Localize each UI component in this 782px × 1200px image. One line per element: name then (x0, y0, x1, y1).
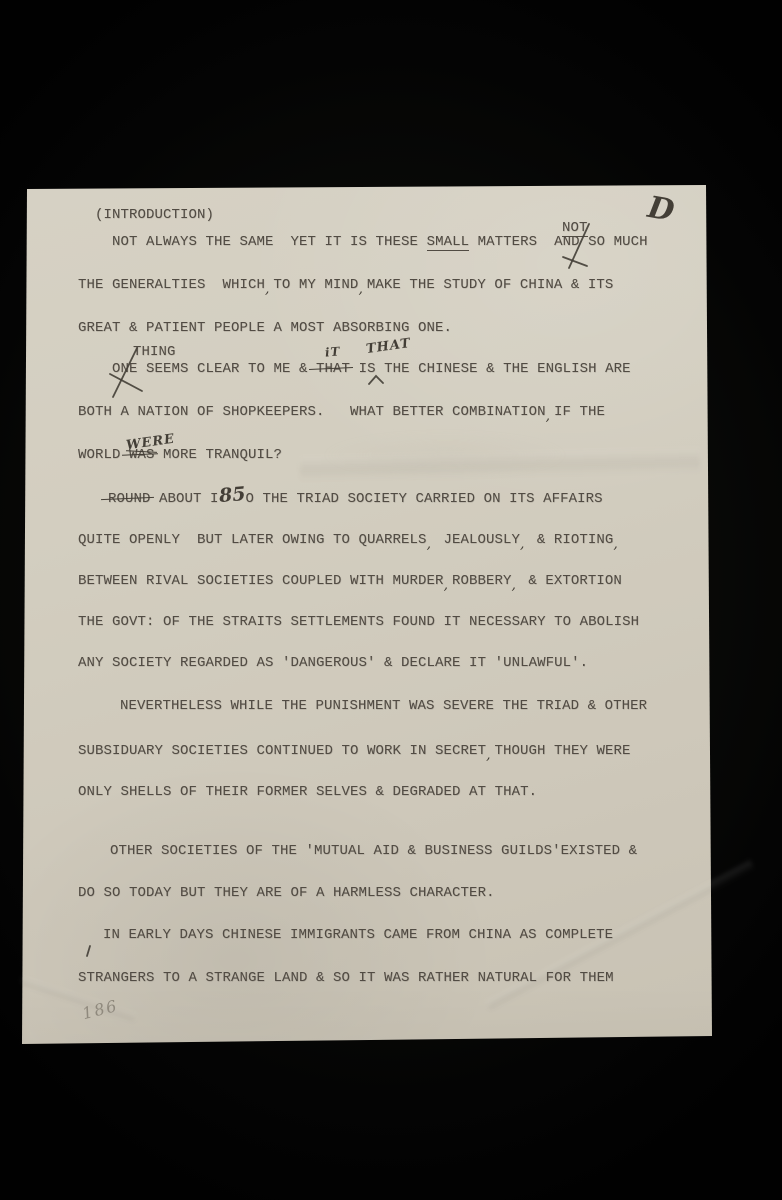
typed-text: QUITE OPENLY BUT LATER OWING TO QUARRELS (78, 532, 427, 548)
handwritten-comma: , (427, 536, 435, 552)
typed-line: NOT ALWAYS THE SAME YET IT IS THESE SMAL… (112, 234, 648, 250)
typed-text: IN EARLY DAYS CHINESE IMMIGRANTS CAME FR… (103, 927, 613, 943)
handwritten-comma: , (265, 281, 273, 297)
typed-text: ABOUT I (151, 491, 219, 507)
typed-line: ONE SEEMS CLEAR TO ME & THAT IS THE CHIN… (112, 361, 631, 377)
typed-line: STRANGERS TO A STRANGE LAND & SO IT WAS … (78, 970, 614, 986)
typed-line: THING (133, 344, 176, 360)
handwritten-number: 85 (218, 486, 246, 504)
typed-text: THE GENERALTIES WHICH (78, 277, 265, 293)
typed-text: IF THE (554, 404, 605, 420)
typed-line: ANY SOCIETY REGARDED AS 'DANGEROUS' & DE… (78, 655, 588, 671)
typed-text: NOT ALWAYS THE SAME YET IT IS THESE (112, 234, 427, 250)
correction-it: iT (324, 344, 341, 359)
document-page (0, 0, 782, 1200)
typed-line: WORLD WAS MORE TRANQUIL? (78, 447, 282, 463)
typed-text: TO MY MIND (273, 277, 358, 293)
typed-text: BETWEEN RIVAL SOCIETIES COUPLED WITH MUR… (78, 573, 444, 589)
typed-text: ONE SEEMS CLEAR TO ME & (112, 361, 316, 377)
handwritten-comma: , (358, 281, 366, 297)
struck-word: THAT (316, 361, 350, 377)
underlined-word: SMALL (427, 234, 470, 251)
photo-background: (INTRODUCTION)NOTNOT ALWAYS THE SAME YET… (0, 0, 782, 1200)
typed-text: THE GOVT: OF THE STRAITS SETTLEMENTS FOU… (78, 614, 639, 630)
typed-text: MAKE THE STUDY OF CHINA & ITS (367, 277, 614, 293)
typed-text: & RIOTING (528, 532, 613, 548)
typed-text: JEALOUSLY (435, 532, 520, 548)
typed-line: THE GENERALTIES WHICH,TO MY MIND,MAKE TH… (78, 276, 613, 293)
handwritten-comma: , (486, 747, 494, 763)
typed-text: ONLY SHELLS OF THEIR FORMER SELVES & DEG… (78, 784, 537, 800)
typed-text: IS (350, 361, 384, 377)
typed-text: & EXTORTION (520, 573, 622, 589)
typed-line: GREAT & PATIENT PEOPLE A MOST ABSORBING … (78, 320, 452, 336)
typed-line: DO SO TODAY BUT THEY ARE OF A HARMLESS C… (78, 885, 495, 901)
typed-text: STRANGERS TO A STRANGE LAND & SO IT WAS … (78, 970, 614, 986)
typed-line: BOTH A NATION OF SHOPKEEPERS. WHAT BETTE… (78, 403, 605, 420)
typed-line: ONLY SHELLS OF THEIR FORMER SELVES & DEG… (78, 784, 537, 800)
typed-text: GREAT & PATIENT PEOPLE A MOST ABSORBING … (78, 320, 452, 336)
typed-line: (INTRODUCTION) (95, 207, 214, 223)
typed-text: SUBSIDUARY SOCIETIES CONTINUED TO WORK I… (78, 743, 486, 759)
typed-text: MATTERS AND SO MUCH (469, 234, 648, 250)
typed-line: ROUND ABOUT I85O THE TRIAD SOCIETY CARRI… (108, 488, 603, 507)
typed-line: QUITE OPENLY BUT LATER OWING TO QUARRELS… (78, 531, 622, 548)
typed-text: BOTH A NATION OF SHOPKEEPERS. WHAT BETTE… (78, 404, 546, 420)
handwritten-comma: , (546, 408, 554, 424)
typed-text: THING (133, 344, 176, 360)
typed-text: ROBBERY (452, 573, 512, 589)
typed-line: NEVERTHELESS WHILE THE PUNISHMENT WAS SE… (120, 698, 647, 714)
typed-text: ANY SOCIETY REGARDED AS 'DANGEROUS' & DE… (78, 655, 588, 671)
typed-line: IN EARLY DAYS CHINESE IMMIGRANTS CAME FR… (103, 927, 613, 943)
typed-line: OTHER SOCIETIES OF THE 'MUTUAL AID & BUS… (110, 843, 637, 859)
handwritten-comma: , (511, 577, 519, 593)
typed-text: DO SO TODAY BUT THEY ARE OF A HARMLESS C… (78, 885, 495, 901)
typed-text: (INTRODUCTION) (95, 207, 214, 223)
typed-text: OTHER SOCIETIES OF THE 'MUTUAL AID & BUS… (110, 843, 637, 859)
typed-text: O THE TRIAD SOCIETY CARRIED ON ITS AFFAI… (246, 491, 603, 507)
typed-text: MORE TRANQUIL? (155, 447, 283, 463)
handwritten-comma: , (444, 577, 452, 593)
typed-line: SUBSIDUARY SOCIETIES CONTINUED TO WORK I… (78, 742, 631, 759)
struck-word: ROUND (108, 491, 151, 507)
typed-line: BETWEEN RIVAL SOCIETIES COUPLED WITH MUR… (78, 572, 622, 589)
typed-line: THE GOVT: OF THE STRAITS SETTLEMENTS FOU… (78, 614, 639, 630)
typed-text: THE CHINESE & THE ENGLISH ARE (384, 361, 631, 377)
handwritten-comma: , (520, 536, 528, 552)
typed-text: NEVERTHELESS WHILE THE PUNISHMENT WAS SE… (120, 698, 647, 714)
typed-text: THOUGH THEY WERE (494, 743, 630, 759)
handwritten-comma: , (613, 536, 621, 552)
